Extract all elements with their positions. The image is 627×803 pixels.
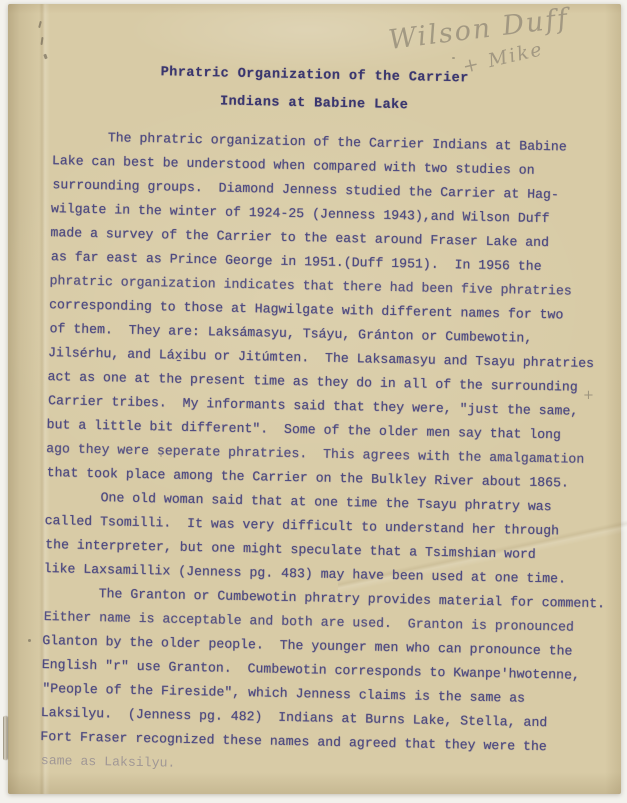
typed-content: Phratric Organization of the Carrier Ind… — [34, 57, 582, 784]
staple — [3, 716, 7, 760]
document-body: The phratric organization of the Carrier… — [40, 125, 581, 783]
scanned-document: { "document": { "annotations": { "handwr… — [0, 0, 627, 803]
paper-speck — [160, 455, 162, 457]
document-title: Phratric Organization of the Carrier Ind… — [47, 57, 582, 124]
pencil-plus-mark: + — [583, 388, 594, 403]
paper-speck — [28, 639, 31, 642]
paper-speck — [452, 57, 455, 59]
